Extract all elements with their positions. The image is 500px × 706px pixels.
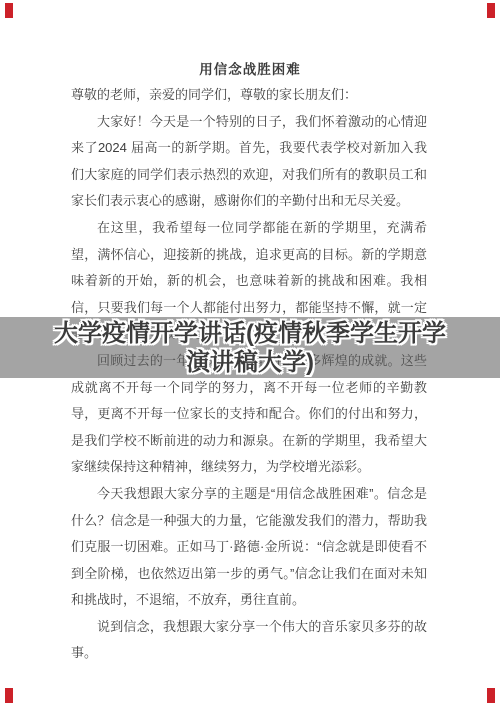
paragraph-salutation: 尊敬的老师，亲爱的同学们，尊敬的家长朋友们： (71, 82, 427, 109)
watermark-overlay: 大学疫情开学讲话(疫情秋季学生开学 演讲稿大学) (0, 317, 500, 378)
page-corner-mark-bottom-left (5, 688, 13, 703)
page-corner-mark-top-right (487, 3, 495, 18)
page-corner-mark-bottom-right (487, 688, 495, 703)
document-page: { "page": { "background": "#ffffff", "co… (0, 0, 500, 706)
watermark-text-line1: 大学疫情开学讲话(疫情秋季学生开学 (54, 319, 446, 348)
page-corner-mark-top-left (5, 3, 13, 18)
paragraph-theme: 今天我想跟大家分享的主题是“用信念战胜困难”。信念是什么？信念是一种强大的力量，… (71, 481, 427, 614)
document-title: 用信念战胜困难 (0, 58, 500, 78)
paragraph-story: 说到信念，我想跟大家分享一个伟大的音乐家贝多芬的故事。 (71, 614, 427, 667)
watermark-text-line2: 演讲稿大学) (186, 348, 314, 377)
paragraph-greeting: 大家好！今天是一个特别的日子，我们怀着激动的心情迎来了2024 届高一的新学期。… (71, 109, 427, 215)
